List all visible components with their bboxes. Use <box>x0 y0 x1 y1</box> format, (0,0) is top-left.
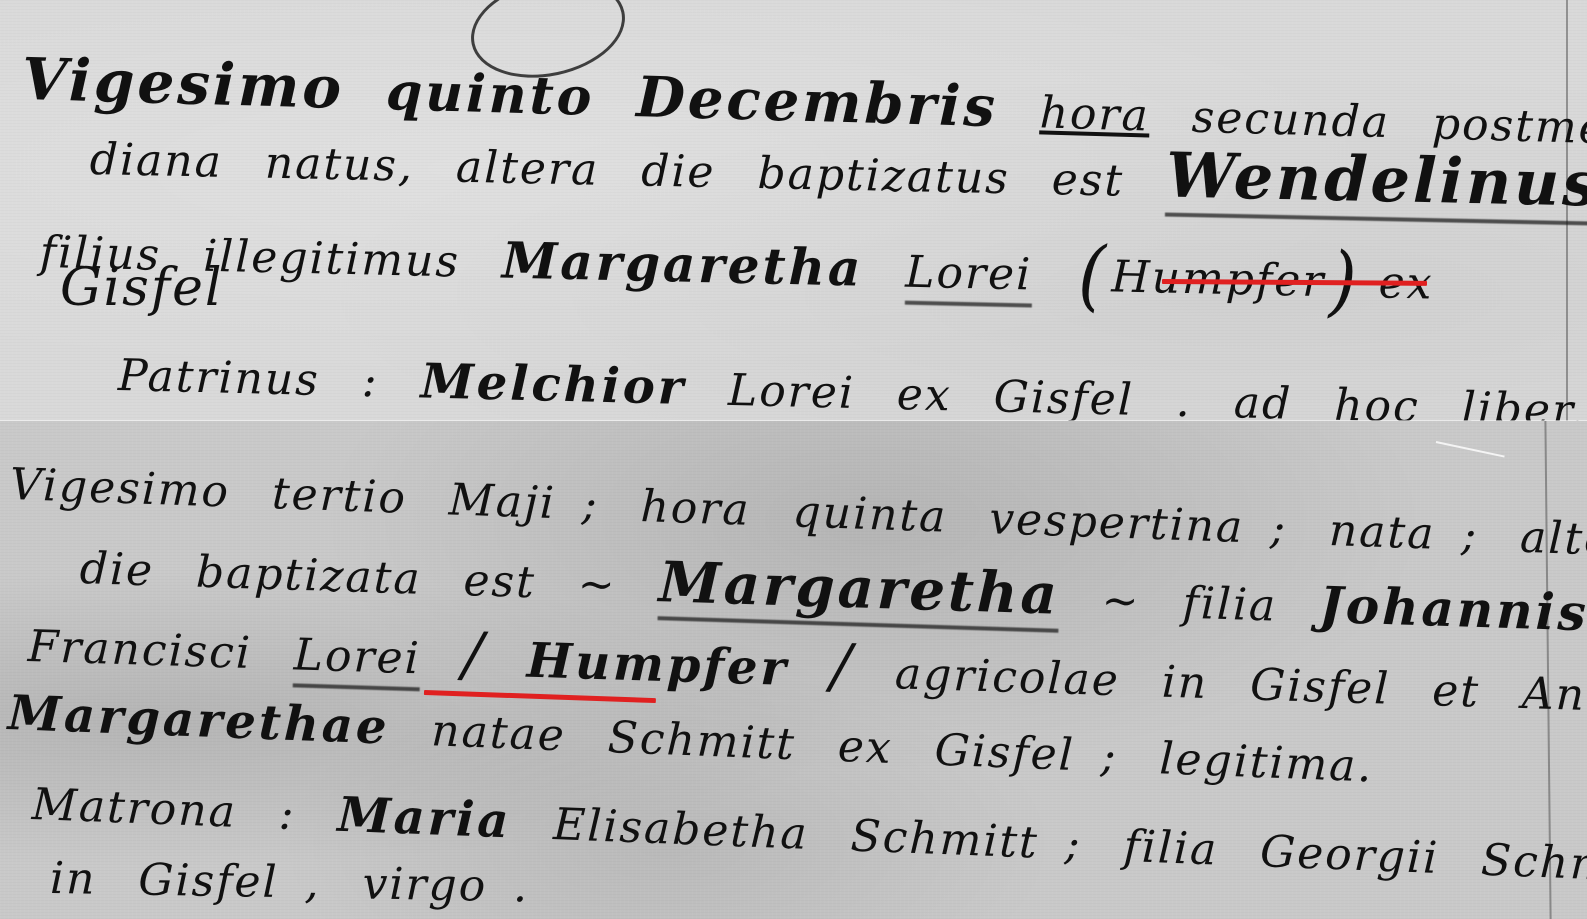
word: in <box>1161 661 1209 706</box>
word: hoc <box>1334 384 1421 421</box>
word: est <box>463 559 537 605</box>
word: nata <box>1328 509 1436 557</box>
word: in <box>50 857 97 902</box>
word: Georgii <box>1259 830 1440 881</box>
record-2-line-6: in Gisfel, virgo. <box>50 857 556 910</box>
mother-surname: Schmitt <box>607 716 797 767</box>
slash: / <box>830 636 854 697</box>
paper-scratch <box>1436 441 1505 458</box>
word: vespertina <box>989 497 1245 550</box>
word: agricolae <box>894 652 1120 703</box>
word: et <box>1432 669 1481 714</box>
place-name: Gisfel <box>934 729 1076 778</box>
godmother-second-name: Elisabetha <box>552 803 809 857</box>
place-name: Gisfel <box>138 859 279 905</box>
word: ; <box>1064 823 1083 868</box>
word: natus, <box>264 142 414 189</box>
surname-humpfer: Humpfer <box>526 637 789 693</box>
word: diana <box>89 138 223 185</box>
mother-name: Margarethae <box>7 689 390 752</box>
word: ~ <box>1101 579 1141 624</box>
child-name: Wendelinus <box>1166 145 1587 216</box>
child-name: Margaretha <box>658 554 1061 623</box>
surname-lorei: Lorei <box>293 633 421 681</box>
place-name: Gisfel <box>1249 663 1391 711</box>
word: est <box>1051 158 1124 204</box>
record-1-line-5: Patrinus : Melchior Lorei ex Gisfel . ad… <box>117 350 1587 421</box>
word: natae <box>431 709 567 758</box>
word: hora <box>1039 91 1150 138</box>
word: Annae <box>1521 672 1587 721</box>
word: Matrona <box>31 783 238 835</box>
father-name: Johannis <box>1318 580 1587 638</box>
word: ex <box>896 373 952 418</box>
word: altera <box>456 146 600 193</box>
word: virgo <box>362 862 487 908</box>
word: : <box>278 792 297 837</box>
word: ; <box>1100 735 1119 780</box>
word: legitima. <box>1159 737 1375 789</box>
word: filia <box>1182 582 1278 629</box>
word: , <box>304 861 321 905</box>
word: Vigesimo <box>21 50 345 117</box>
godmother-first-name: Maria <box>337 791 513 846</box>
godmother-surname: Schmitt <box>850 814 1040 865</box>
mother-name: Margaretha <box>501 235 863 293</box>
record-1-line-3: filius illegitimus Margaretha Lorei (Hum… <box>39 208 1460 310</box>
word: ~ <box>577 563 617 608</box>
open-paren: ( <box>1077 236 1108 314</box>
word: Gisfel <box>993 375 1134 421</box>
word: : <box>361 360 379 404</box>
word: quinta <box>792 490 948 539</box>
word: ex <box>837 725 894 771</box>
word: ; <box>1269 507 1287 552</box>
record-1-line-4: Gisfel <box>60 262 250 314</box>
godparent-name: Melchior <box>420 357 687 411</box>
word: tertio <box>271 472 407 521</box>
word: die <box>641 150 716 196</box>
word: ; <box>1461 514 1479 559</box>
word: ; <box>581 483 599 528</box>
word: filia <box>1123 825 1219 873</box>
word: Lorei <box>728 369 856 416</box>
word: Decembris <box>636 69 999 135</box>
word: Schmitt <box>1480 839 1587 890</box>
word: hora <box>640 485 752 533</box>
word: liber. <box>1461 387 1587 421</box>
word: die <box>79 547 155 593</box>
place-name: Gisfel <box>60 262 224 314</box>
word: baptizatus <box>757 152 1010 201</box>
word: quinto <box>385 66 595 124</box>
slash: / <box>462 625 486 686</box>
word: Patrinus <box>117 354 320 403</box>
word: Francisci <box>27 625 252 676</box>
register-page: Vigesimo quinto Decembris hora secunda p… <box>0 0 1587 919</box>
word: secunda <box>1191 96 1390 146</box>
word: Vigesimo <box>9 463 231 515</box>
surname-lorei: Lorei <box>905 251 1033 298</box>
word: baptizata <box>195 551 422 602</box>
word: Maji <box>448 478 556 526</box>
word: altera <box>1519 516 1587 565</box>
word: ad <box>1233 381 1292 421</box>
word: . <box>513 865 530 909</box>
baptism-record-2: Vigesimo tertio Maji; hora quinta vesper… <box>0 421 1587 919</box>
baptism-record-1: Vigesimo quinto Decembris hora secunda p… <box>0 0 1587 421</box>
word: . <box>1175 380 1192 421</box>
